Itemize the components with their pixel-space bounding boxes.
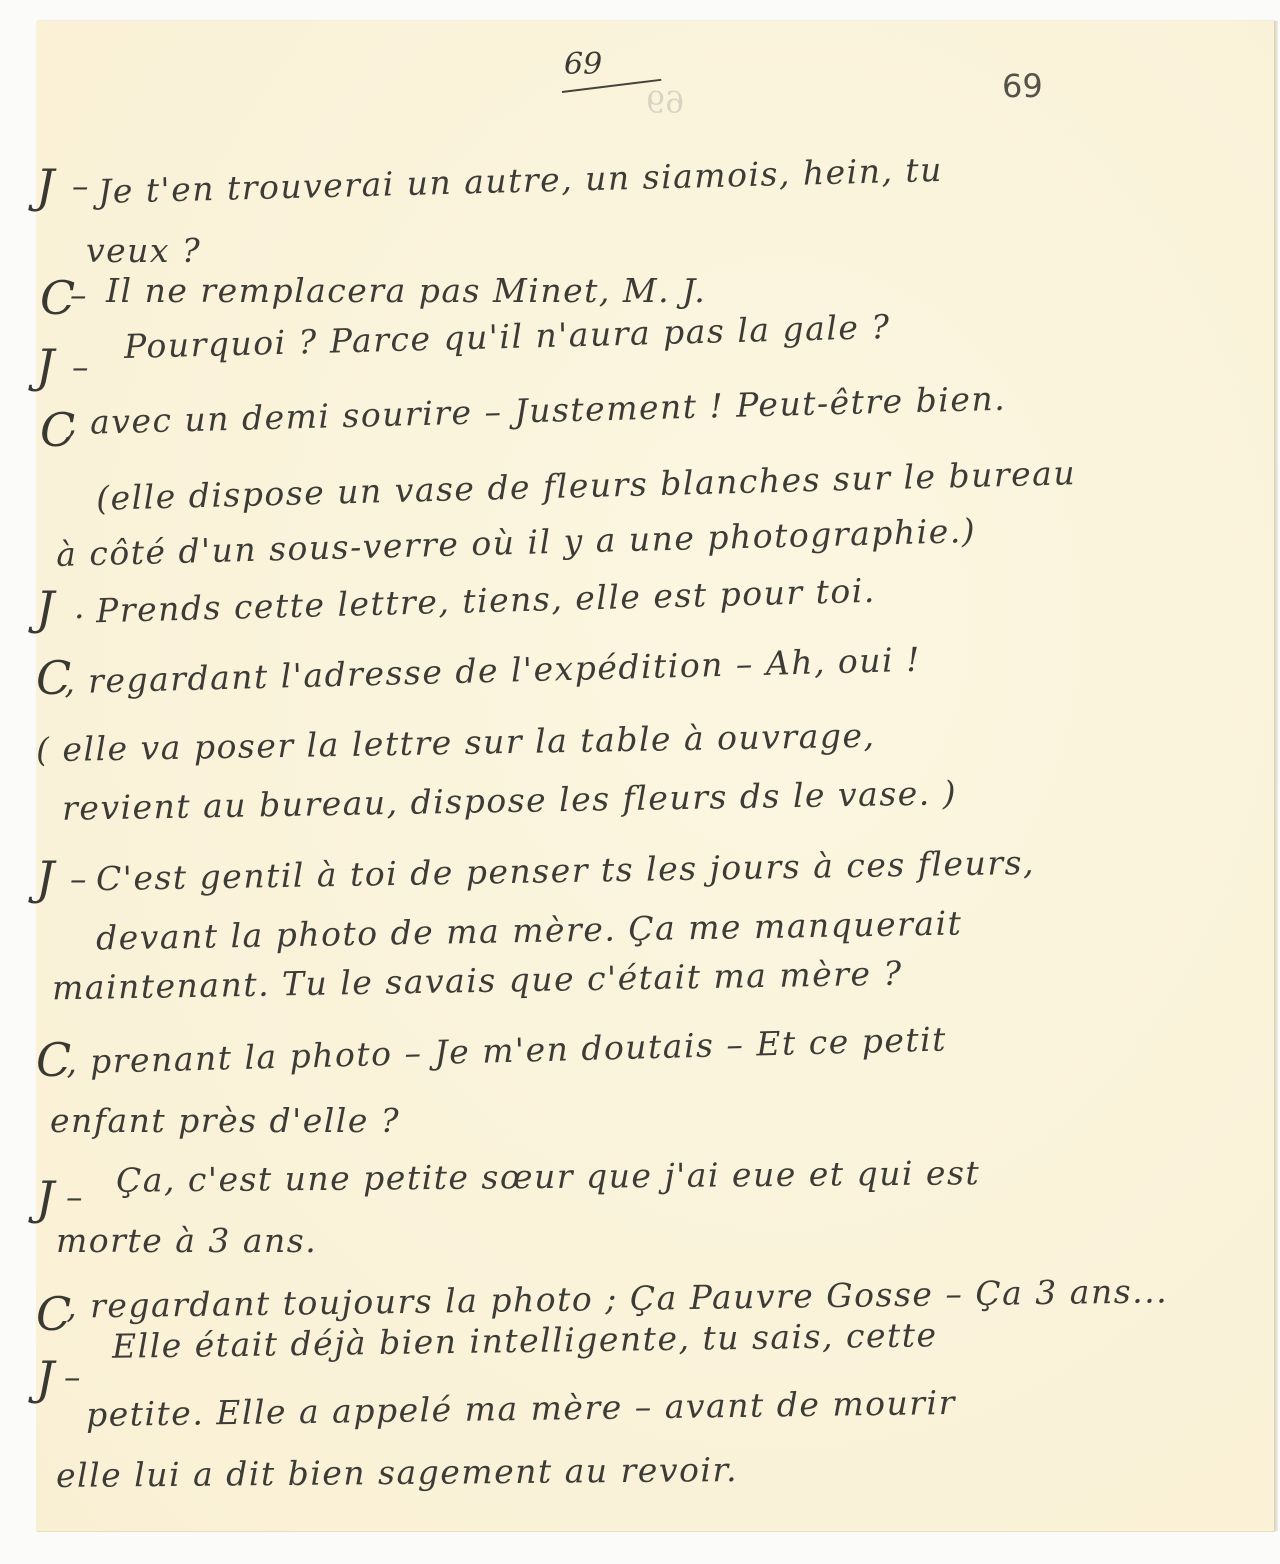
bleed-through-number: 69 bbox=[646, 86, 684, 121]
manuscript-line: elle lui a dit bien sagement au revoir. bbox=[56, 1450, 738, 1495]
manuscript-line: devant la photo de ma mère. Ça me manque… bbox=[96, 903, 963, 957]
manuscript-line: C'est gentil à toi de penser ts les jour… bbox=[96, 843, 1036, 898]
speaker-label: J bbox=[36, 851, 54, 905]
manuscript-line: Je t'en trouverai un autre, un siamois, … bbox=[98, 150, 944, 211]
manuscript-line: , regardant l'adresse de l'expédition – … bbox=[64, 640, 922, 701]
stage-direction: ( elle va poser la lettre sur la table à… bbox=[36, 716, 876, 770]
manuscript-line: , regardant toujours la photo ; Ça Pauvr… bbox=[66, 1271, 1169, 1325]
manuscript-line: veux ? bbox=[86, 231, 201, 270]
speaker-label: J bbox=[36, 159, 54, 213]
manuscript-line: Ça, c'est une petite sœur que j'ai eue e… bbox=[116, 1153, 980, 1200]
manuscript-page: 69 69 69 J – Je t'en trouverai un autre,… bbox=[36, 21, 1274, 1531]
manuscript-line: morte à 3 ans. bbox=[56, 1221, 317, 1260]
page-number-pencil: 69 bbox=[1002, 67, 1043, 105]
speaker-label: J bbox=[36, 1171, 54, 1225]
manuscript-line: Pourquoi ? Parce qu'il n'aura pas la gal… bbox=[124, 307, 891, 366]
speaker-label: J bbox=[36, 339, 54, 393]
stage-direction: (elle dispose un vase de fleurs blanches… bbox=[96, 453, 1077, 518]
manuscript-line: Il ne remplacera pas Minet, M. J. bbox=[106, 271, 706, 310]
dash: – bbox=[72, 166, 90, 205]
speaker-label: J bbox=[36, 581, 54, 635]
manuscript-line: Prends cette lettre, tiens, elle est pou… bbox=[96, 571, 877, 630]
dash: . bbox=[74, 587, 86, 626]
manuscript-line: petite. Elle a appelé ma mère – avant de… bbox=[86, 1383, 956, 1434]
dash: – bbox=[72, 347, 90, 386]
dash: – bbox=[64, 1357, 82, 1396]
dash: – bbox=[66, 1177, 84, 1216]
speaker-label: J bbox=[36, 1351, 54, 1405]
stage-direction: à côté d'un sous-verre où il y a une pho… bbox=[56, 511, 977, 574]
manuscript-line: , avec un demi sourire – Justement ! Peu… bbox=[66, 379, 1007, 443]
dash: – bbox=[70, 859, 88, 898]
manuscript-line: maintenant. Tu le savais que c'était ma … bbox=[52, 954, 903, 1008]
manuscript-line: enfant près d'elle ? bbox=[50, 1101, 400, 1140]
dash: – bbox=[70, 275, 88, 314]
page-number-handwritten: 69 bbox=[564, 47, 602, 82]
manuscript-line: , prenant la photo – Je m'en doutais – E… bbox=[66, 1019, 948, 1081]
stage-direction: revient au bureau, dispose les fleurs ds… bbox=[62, 773, 958, 828]
